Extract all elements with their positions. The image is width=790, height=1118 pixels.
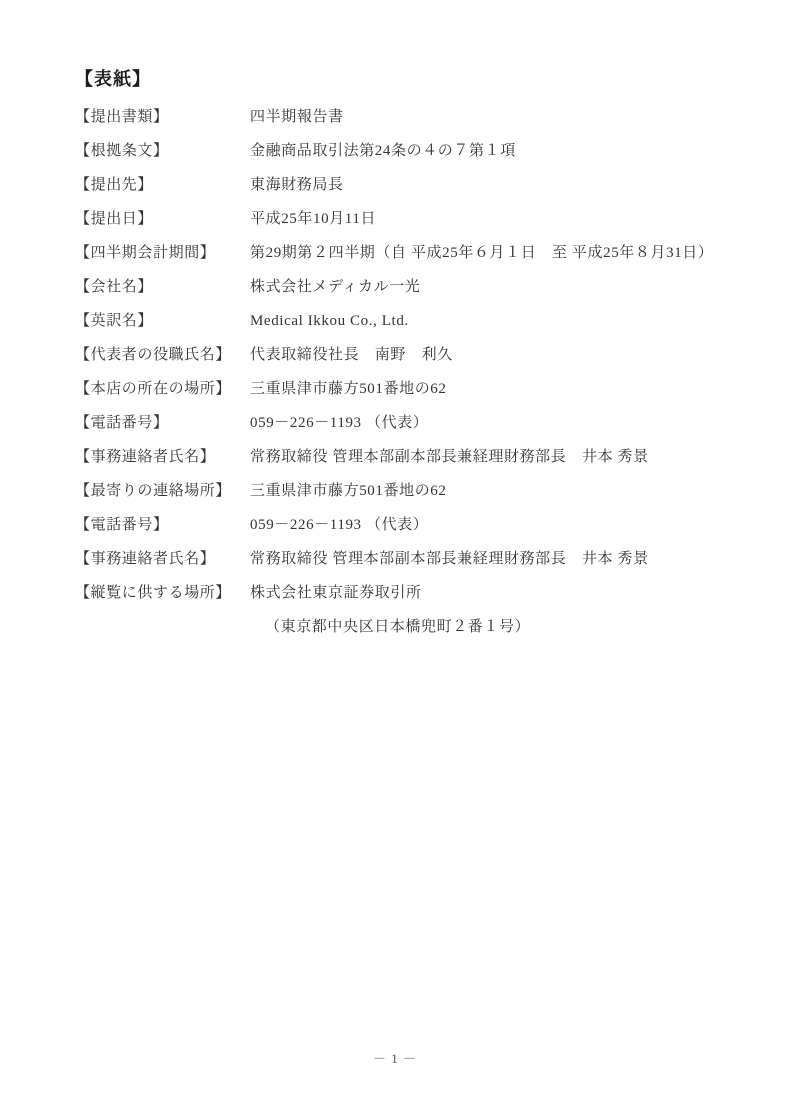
field-row: 【根拠条文】 金融商品取引法第24条の４の７第１項 bbox=[75, 134, 730, 168]
field-row: 【提出書類】 四半期報告書 bbox=[75, 100, 730, 134]
field-value: （東京都中央区日本橋兜町２番１号） bbox=[250, 610, 730, 644]
field-value: 第29期第２四半期（自 平成25年６月１日 至 平成25年８月31日） bbox=[250, 236, 730, 270]
field-row: 【縦覧に供する場所】 株式会社東京証券取引所 bbox=[75, 576, 730, 610]
field-label: 【事務連絡者氏名】 bbox=[75, 440, 250, 474]
cover-page-content: 【表紙】 【提出書類】 四半期報告書 【根拠条文】 金融商品取引法第24条の４の… bbox=[0, 0, 790, 644]
field-label: 【代表者の役職氏名】 bbox=[75, 338, 250, 372]
field-label: 【提出日】 bbox=[75, 202, 250, 236]
field-value: Medical Ikkou Co., Ltd. bbox=[250, 304, 730, 338]
field-value: 代表取締役社長 南野 利久 bbox=[250, 338, 730, 372]
field-value: 059－226－1193 （代表） bbox=[250, 406, 730, 440]
field-value: 東海財務局長 bbox=[250, 168, 730, 202]
field-value: 平成25年10月11日 bbox=[250, 202, 730, 236]
field-row: 【英訳名】 Medical Ikkou Co., Ltd. bbox=[75, 304, 730, 338]
field-value: 四半期報告書 bbox=[250, 100, 730, 134]
field-label: 【縦覧に供する場所】 bbox=[75, 576, 250, 610]
field-label: 【電話番号】 bbox=[75, 406, 250, 440]
field-row: 【提出日】 平成25年10月11日 bbox=[75, 202, 730, 236]
field-label: 【本店の所在の場所】 bbox=[75, 372, 250, 406]
field-value: 常務取締役 管理本部副本部長兼経理財務部長 井本 秀景 bbox=[250, 542, 730, 576]
field-label: 【提出先】 bbox=[75, 168, 250, 202]
field-row: （東京都中央区日本橋兜町２番１号） bbox=[75, 610, 730, 644]
field-label: 【根拠条文】 bbox=[75, 134, 250, 168]
field-row: 【代表者の役職氏名】 代表取締役社長 南野 利久 bbox=[75, 338, 730, 372]
field-value: 三重県津市藤方501番地の62 bbox=[250, 372, 730, 406]
field-label: 【最寄りの連絡場所】 bbox=[75, 474, 250, 508]
field-label: 【四半期会計期間】 bbox=[75, 236, 250, 270]
field-row: 【会社名】 株式会社メディカル一光 bbox=[75, 270, 730, 304]
field-value: 三重県津市藤方501番地の62 bbox=[250, 474, 730, 508]
field-row: 【四半期会計期間】 第29期第２四半期（自 平成25年６月１日 至 平成25年８… bbox=[75, 236, 730, 270]
field-row: 【電話番号】 059－226－1193 （代表） bbox=[75, 508, 730, 542]
field-value: 金融商品取引法第24条の４の７第１項 bbox=[250, 134, 730, 168]
field-row: 【事務連絡者氏名】 常務取締役 管理本部副本部長兼経理財務部長 井本 秀景 bbox=[75, 440, 730, 474]
field-value: 059－226－1193 （代表） bbox=[250, 508, 730, 542]
field-label: 【電話番号】 bbox=[75, 508, 250, 542]
field-value: 株式会社東京証券取引所 bbox=[250, 576, 730, 610]
document-page: 【表紙】 【提出書類】 四半期報告書 【根拠条文】 金融商品取引法第24条の４の… bbox=[0, 0, 790, 1118]
field-row: 【最寄りの連絡場所】 三重県津市藤方501番地の62 bbox=[75, 474, 730, 508]
field-value: 株式会社メディカル一光 bbox=[250, 270, 730, 304]
field-row: 【提出先】 東海財務局長 bbox=[75, 168, 730, 202]
field-label: 【提出書類】 bbox=[75, 100, 250, 134]
field-label: 【英訳名】 bbox=[75, 304, 250, 338]
page-title: 【表紙】 bbox=[75, 66, 730, 92]
field-value: 常務取締役 管理本部副本部長兼経理財務部長 井本 秀景 bbox=[250, 440, 730, 474]
fields: 【提出書類】 四半期報告書 【根拠条文】 金融商品取引法第24条の４の７第１項 … bbox=[75, 100, 730, 644]
page-number: － 1 － bbox=[0, 1048, 790, 1067]
field-row: 【事務連絡者氏名】 常務取締役 管理本部副本部長兼経理財務部長 井本 秀景 bbox=[75, 542, 730, 576]
field-label: 【事務連絡者氏名】 bbox=[75, 542, 250, 576]
field-row: 【電話番号】 059－226－1193 （代表） bbox=[75, 406, 730, 440]
field-label: 【会社名】 bbox=[75, 270, 250, 304]
field-row: 【本店の所在の場所】 三重県津市藤方501番地の62 bbox=[75, 372, 730, 406]
